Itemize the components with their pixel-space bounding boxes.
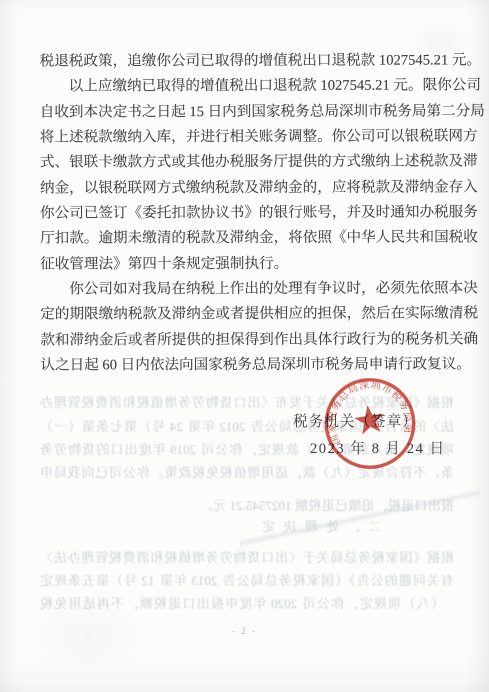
document-body: 税退税政策，追缴你公司已取得的增值税出口退税款 1027545.21 元。以上应… — [40, 48, 455, 379]
text-line: 式、银联卡缴款方式或其他办税服务厅提供的方式缴纳上述税款及滞 — [40, 150, 454, 176]
bleed-through-line: 有关问题的公告》（国家税务总局公告 2013 年第 12 号）第五条规定 — [40, 574, 454, 588]
bleed-through-line: 报出口退税，追缴已退税额 1027545.21 元。 — [200, 499, 454, 513]
text-line: 你公司如对我局在纳税上作出的处理有争议时，必须先依照本决 — [40, 277, 454, 303]
bleed-through-line: （八）项规定，你公司 2020 年度申报出口退税额，不再适用免税 — [40, 597, 444, 611]
text-line: 以上应缴纳已取得的增值税出口退税款 1027545.21 元。限你公司 — [40, 74, 454, 100]
seal-star-icon — [353, 403, 386, 435]
text-line: 纳金，以银税联网方式缴纳税款及滞纳金的，应将税款及滞纳金存入 — [40, 175, 454, 201]
bleed-through-line: 根据《国家税务总局关于〈出口货物劳务增值税和消费税管理办法〉 — [40, 551, 454, 565]
text-line: 款和滞纳金后或者所提供的担保得到作出具体行政行为的税务机关确 — [40, 327, 454, 353]
paper-crease — [240, 488, 480, 548]
text-line: 将上述税款缴纳入库，并进行相关账务调整。你公司可以银税联网方 — [40, 124, 454, 150]
bleed-through-line: 二、处理决定 — [262, 520, 382, 534]
text-line: 厅扣款。逾期未缴清的税款及滞纳金，将依照《中华人民共和国税收 — [40, 226, 454, 252]
text-line: 征收管理法》第四十条规定强制执行。 — [40, 251, 454, 277]
text-line: 你公司已签订《委托扣款协议书》的银行账号，并及时通知办税服务 — [40, 201, 454, 227]
scanned-document-page: 根据《国家税务总局关于发布〈出口货物劳务增值税和消费税管理办法〉的公告》（国家税… — [0, 0, 489, 692]
text-line: 税退税政策，追缴你公司已取得的增值税出口退税款 1027545.21 元。 — [40, 48, 454, 74]
page-number: - 2 - — [0, 626, 489, 636]
text-line: 定的期限缴纳税款及滞纳金或者提供相应的担保，然后在实际缴清税 — [40, 302, 454, 328]
text-line: 自收到本决定书之日起 15 日内到国家税务总局深圳市税务局第二分局 — [40, 99, 454, 125]
official-red-seal: 国家税务总局深圳市税务局第二稽查局 — [313, 369, 427, 477]
